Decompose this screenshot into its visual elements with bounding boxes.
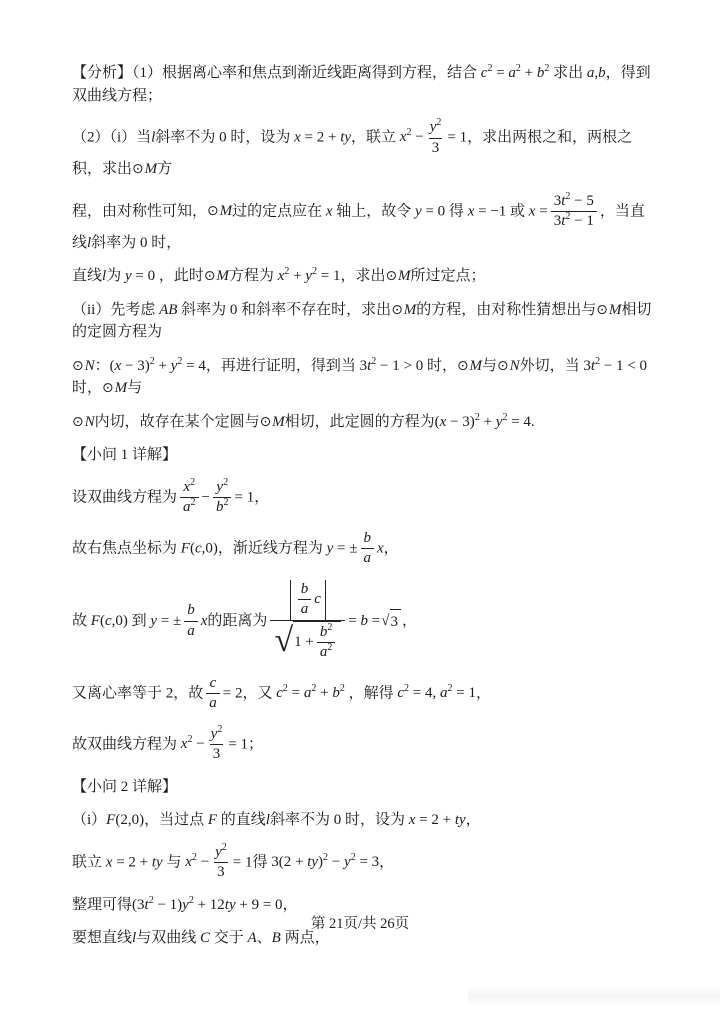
math-var: y — [327, 540, 334, 556]
text-run: 与 — [166, 854, 181, 870]
circle-symbol: ⊙M — [596, 302, 621, 318]
numerator: y2 — [213, 478, 231, 498]
math-run: a2 — [320, 643, 333, 663]
text-run: 斜率为 0 和斜率不存在时，求出 — [181, 302, 391, 318]
math-var: c — [195, 540, 202, 556]
text-run: 直线 — [72, 268, 102, 284]
math-var: ty — [340, 129, 351, 145]
circle-symbol: ⊙M — [457, 358, 482, 374]
math-run: b2 — [216, 498, 229, 518]
document-body: 【分析】（1）根据离心率和焦点到渐近线距离得到方程，结合 c2 = a2 + b… — [72, 62, 654, 961]
superscript: 2 — [223, 477, 228, 488]
text-run: （ii）先考虑 — [72, 302, 155, 318]
numerator: 3t2 − 5 — [551, 192, 597, 212]
superscript: 2 — [595, 356, 600, 367]
text-run: ，渐近线方程为 — [218, 540, 323, 556]
circle-symbol: ⊙M — [385, 268, 410, 284]
math-var: b — [301, 581, 309, 597]
fraction: y2b2 — [213, 478, 232, 518]
text-run: 或 — [510, 203, 525, 219]
math-run: y = ± — [147, 612, 182, 628]
superscript: 2 — [448, 683, 453, 694]
text-run: 内切，故存在某个定圆与 — [95, 414, 260, 430]
circle-symbol: ⊙M — [132, 161, 157, 177]
text-run: 所过定点； — [411, 268, 486, 284]
math-var: a — [209, 695, 217, 711]
superscript: 2 — [351, 852, 356, 863]
math-var: M — [115, 380, 128, 396]
math-run: c2 = 4, a2 = 1 — [394, 685, 476, 701]
text-run: 过的定点应在 — [232, 203, 322, 219]
text-run: 方 — [157, 161, 172, 177]
text-run: ，联立 — [351, 129, 396, 145]
math-run: a2 — [183, 498, 196, 518]
math-run: x = 2 + ty — [102, 854, 166, 870]
math-var: N — [510, 358, 520, 374]
radical-icon: √ — [381, 614, 389, 629]
document-page: { "colors": { "text": "#1c1c1c", "backgr… — [0, 0, 720, 1018]
odot-icon: ⊙ — [102, 380, 114, 396]
math-run: 3 — [217, 863, 225, 883]
text-run: 斜率不为 0 时，设为 — [270, 812, 405, 828]
math-run: b2 — [320, 623, 333, 643]
square-root: √1 +b2a2 — [274, 621, 341, 663]
text-run: 联立 — [72, 854, 102, 870]
odot-icon: ⊙ — [457, 358, 469, 374]
math-run: a — [364, 549, 372, 569]
superscript: 2 — [544, 63, 549, 74]
math-var: F — [181, 540, 190, 556]
math-run: x = −1 — [464, 203, 510, 219]
scan-artifact — [468, 988, 720, 1004]
math-run: c — [314, 590, 321, 610]
math-var: b — [332, 685, 340, 701]
superscript: 2 — [150, 356, 155, 367]
text-run: 得 — [252, 854, 267, 870]
text-run: . — [531, 414, 535, 430]
math-var: x — [529, 203, 536, 219]
fraction: ba — [298, 580, 312, 620]
text-run: 整理可得 — [72, 897, 132, 913]
text-run: ； — [248, 736, 263, 752]
math-var: ty — [307, 854, 318, 870]
math-run: 3t2 − 1 < 0 — [580, 358, 651, 374]
math-var: x — [468, 203, 475, 219]
superscript: 2 — [475, 412, 480, 423]
math-run: − — [202, 489, 210, 505]
math-run: y = 0 — [121, 268, 159, 284]
math-run: y2 — [216, 478, 228, 498]
math-var: a — [364, 550, 372, 566]
math-var: x — [106, 854, 113, 870]
numerator: y2 — [208, 725, 226, 745]
text-run: 又离心率等于 2，故 — [72, 685, 203, 701]
fraction: ca — [206, 674, 220, 714]
paragraph: 【小问 1 详解】 — [72, 444, 654, 467]
math-run: x2 − — [181, 854, 209, 870]
paragraph: （ii）先考虑 AB 斜率为 0 和斜率不存在时，求出⊙M的方程，由对称性猜想出… — [72, 299, 654, 344]
circle-symbol: ⊙N — [72, 414, 95, 430]
math-var: M — [404, 302, 417, 318]
paragraph: 【小问 2 详解】 — [72, 776, 654, 799]
math-var: ty — [225, 897, 236, 913]
text-run: 时， — [427, 358, 457, 374]
text-run: ，又 — [242, 685, 272, 701]
denominator: b2 — [213, 497, 232, 518]
fraction: y23 — [212, 843, 230, 883]
math-run: a,b — [583, 65, 606, 81]
math-var: M — [216, 268, 229, 284]
odot-icon: ⊙ — [72, 358, 84, 374]
denominator: 3 — [214, 862, 228, 883]
odot-icon: ⊙ — [385, 268, 397, 284]
math-var: a — [587, 65, 595, 81]
math-var: a — [183, 499, 191, 515]
text-run: ， — [379, 854, 394, 870]
fraction: ba — [184, 601, 198, 641]
circle-symbol: ⊙N — [72, 358, 95, 374]
radicand: 1 +b2a2 — [293, 621, 341, 663]
fraction: 3t2 − 53t2 − 1 — [551, 192, 597, 232]
denominator: 3t2 − 1 — [551, 211, 597, 232]
math-var: x — [115, 358, 122, 374]
math-var: x — [440, 414, 447, 430]
math-run: x2 — [183, 478, 195, 498]
math-var: M — [609, 302, 622, 318]
numerator: b2 — [317, 623, 336, 643]
odot-icon: ⊙ — [132, 161, 144, 177]
text-run: 【小问 1 详解】 — [72, 447, 177, 463]
text-run: 相切，此定圆的方程为 — [285, 414, 435, 430]
radical-icon: √ — [274, 624, 293, 658]
math-var: y — [305, 268, 312, 284]
math-run: F(c,0) — [87, 612, 132, 628]
paragraph: 故 F(c,0) 到 y = ±bax的距离为bac√1 +b2a2= b =√… — [72, 580, 654, 663]
superscript: 2 — [222, 842, 227, 853]
denominator: a — [361, 548, 375, 569]
math-var: b — [598, 65, 606, 81]
math-run: (x − 3)2 + y2 = 4 — [110, 358, 206, 374]
superscript: 2 — [340, 683, 345, 694]
math-var: M — [398, 268, 411, 284]
math-var: x — [326, 203, 333, 219]
odot-icon: ⊙ — [204, 268, 216, 284]
circle-symbol: ⊙M — [260, 414, 285, 430]
superscript: 2 — [327, 642, 332, 653]
math-run: x = — [525, 203, 548, 219]
math-var: a — [187, 623, 195, 639]
math-run: y2 — [430, 118, 442, 138]
math-run: x2 − — [177, 736, 205, 752]
text-run: 到 — [132, 612, 147, 628]
denominator: a2 — [317, 642, 336, 663]
superscript: 2 — [487, 63, 492, 74]
math-var: x — [294, 129, 301, 145]
math-var: c — [105, 612, 112, 628]
math-run: a — [301, 600, 309, 620]
math-var: b — [361, 612, 369, 628]
math-var: b — [364, 530, 372, 546]
math-var: y — [344, 854, 351, 870]
paragraph: 故右焦点坐标为 F(c,0)，渐近线方程为 y = ±bax， — [72, 529, 654, 569]
math-run: = 1 — [447, 129, 467, 145]
text-run: 设双曲线方程为 — [72, 489, 177, 505]
superscript: 2 — [404, 683, 409, 694]
circle-symbol: ⊙M — [204, 268, 229, 284]
denominator: 3 — [210, 744, 224, 765]
page-number: 第 21页/共 26页 — [311, 916, 409, 932]
denominator: 3 — [429, 138, 443, 159]
superscript: 2 — [323, 852, 328, 863]
text-run: 与 — [127, 380, 142, 396]
numerator: y2 — [212, 843, 230, 863]
math-run: a — [187, 622, 195, 642]
circle-symbol: ⊙M — [102, 380, 127, 396]
math-run: F(2,0) — [106, 812, 144, 828]
odot-icon: ⊙ — [207, 203, 219, 219]
superscript: 2 — [223, 497, 228, 508]
odot-icon: ⊙ — [260, 414, 272, 430]
math-run: y2 — [211, 725, 223, 745]
text-run: 斜率为 0 时， — [91, 235, 181, 251]
text-run: 轴上，故令 — [336, 203, 411, 219]
math-var: a — [301, 601, 309, 617]
superscript: 2 — [311, 683, 316, 694]
text-run: 程，由对称性可知， — [72, 203, 207, 219]
math-run: F — [204, 812, 221, 828]
abs-content: bac — [295, 580, 321, 620]
math-run: = 1 — [233, 854, 253, 870]
math-run: (3t2 − 1)y2 + 12ty + 9 = 0 — [132, 897, 283, 913]
denominator: a — [206, 693, 220, 714]
math-run: b — [301, 580, 309, 600]
math-var: x — [409, 812, 416, 828]
math-run: y2 — [215, 843, 227, 863]
text-run: 斜率不为 0 时，设为 — [155, 129, 290, 145]
text-run: ， — [402, 612, 417, 628]
math-run: c — [210, 674, 217, 694]
math-run: = 2 — [223, 685, 243, 701]
text-run: 【小问 2 详解】 — [72, 779, 177, 795]
fraction: y23 — [427, 118, 445, 158]
denominator: √1 +b2a2 — [270, 620, 345, 663]
math-var: c — [210, 675, 217, 691]
math-var: AB — [159, 302, 177, 318]
math-var: y — [125, 268, 132, 284]
superscript: 2 — [189, 895, 194, 906]
paragraph: 整理可得(3t2 − 1)y2 + 12ty + 9 = 0， — [72, 894, 654, 917]
math-run: x2 + y2 = 1 — [274, 268, 341, 284]
fraction: y23 — [208, 725, 226, 765]
math-run: AB — [155, 302, 181, 318]
math-run: 1 + — [294, 633, 314, 653]
text-run: 故双曲线方程为 — [72, 736, 177, 752]
math-run: 3 — [391, 611, 399, 634]
text-run: ，求出 — [340, 268, 385, 284]
superscript: 2 — [502, 412, 507, 423]
page-footer: 第 21页/共 26页 — [0, 914, 720, 936]
math-run: b — [364, 529, 372, 549]
paragraph: 程，由对称性可知，⊙M过的定点应在 x 轴上，故令 y = 0 得 x = −1… — [72, 192, 654, 255]
math-run: 3 — [432, 139, 440, 159]
text-run: 的直线 — [221, 812, 266, 828]
math-run: 3t2 − 5 — [554, 192, 594, 212]
denominator: a — [184, 621, 198, 642]
paragraph: 设双曲线方程为x2a2−y2b2= 1， — [72, 478, 654, 518]
text-run: ， — [384, 540, 399, 556]
text-run: ，此时 — [159, 268, 204, 284]
text-run: 的距离为 — [207, 612, 267, 628]
math-run: x = 2 + ty — [405, 812, 466, 828]
math-var: y — [150, 612, 157, 628]
superscript: 2 — [436, 117, 441, 128]
text-run: ， — [476, 685, 491, 701]
text-run: 为 — [106, 268, 121, 284]
numerator: x2 — [180, 478, 198, 498]
superscript: 2 — [371, 356, 376, 367]
math-var: ty — [152, 854, 163, 870]
numerator: y2 — [427, 118, 445, 138]
text-run: ，当过点 — [144, 812, 204, 828]
text-run: ， — [466, 812, 481, 828]
superscript: 2 — [149, 895, 154, 906]
superscript: 2 — [177, 356, 182, 367]
math-var: b — [187, 602, 195, 618]
math-run: y = 0 — [411, 203, 449, 219]
math-var: M — [470, 358, 483, 374]
fraction: bac√1 +b2a2 — [270, 580, 345, 663]
text-run: ： — [95, 358, 110, 374]
fraction: x2a2 — [180, 478, 199, 518]
text-run: 故 — [72, 612, 87, 628]
math-run: x — [377, 540, 384, 556]
math-run: (x − 3)2 + y2 = 4 — [435, 414, 531, 430]
text-run: （2）（i）当 — [72, 129, 151, 145]
math-var: c — [276, 685, 283, 701]
superscript: 2 — [284, 266, 289, 277]
math-run: 3t2 − 1 > 0 — [356, 358, 427, 374]
math-var: y — [415, 203, 422, 219]
math-run: b — [187, 601, 195, 621]
fraction: b2a2 — [317, 623, 336, 663]
radicand: 3 — [390, 609, 402, 634]
paragraph: 【分析】（1）根据离心率和焦点到渐近线距离得到方程，结合 c2 = a2 + b… — [72, 62, 654, 107]
text-run: 得 — [449, 203, 464, 219]
numerator: b — [298, 580, 312, 600]
superscript: 2 — [406, 127, 411, 138]
paragraph: 直线l为 y = 0 ，此时⊙M方程为 x2 + y2 = 1，求出⊙M所过定点… — [72, 265, 654, 288]
text-run: 故右焦点坐标为 — [72, 540, 177, 556]
denominator: a — [298, 599, 312, 620]
math-run: x2 − — [396, 129, 424, 145]
text-run: ，解得 — [349, 685, 394, 701]
odot-icon: ⊙ — [497, 358, 509, 374]
paragraph: （i）F(2,0)，当过点 F 的直线l斜率不为 0 时，设为 x = 2 + … — [72, 809, 654, 832]
math-run: 3 — [213, 745, 221, 765]
paragraph: 故双曲线方程为 x2 −y23= 1； — [72, 725, 654, 765]
text-run: ，再进行证明，得到当 — [206, 358, 356, 374]
superscript: 2 — [565, 191, 570, 202]
math-run: 3(2 + ty)2 − y2 = 3 — [268, 854, 380, 870]
absolute-value: bac — [290, 580, 326, 620]
numerator: bac — [285, 580, 331, 620]
text-run: 时， — [72, 380, 102, 396]
math-run: c2 = a2 + b2 — [477, 65, 553, 81]
odot-icon: ⊙ — [391, 302, 403, 318]
math-var: N — [85, 414, 95, 430]
superscript: 2 — [565, 211, 570, 222]
circle-symbol: ⊙N — [497, 358, 520, 374]
math-var: a — [508, 65, 516, 81]
math-var: a — [440, 685, 448, 701]
math-var: F — [106, 812, 115, 828]
math-var: x — [185, 854, 192, 870]
math-var: M — [272, 414, 285, 430]
odot-icon: ⊙ — [596, 302, 608, 318]
math-run: 3t2 − 1 — [554, 212, 594, 232]
math-run: = 1 — [228, 736, 248, 752]
math-run: a — [209, 694, 217, 714]
math-var: c — [314, 591, 321, 607]
math-var: F — [208, 812, 217, 828]
numerator: b — [184, 601, 198, 621]
math-run: = 1 — [234, 489, 254, 505]
text-run: 外切，当 — [520, 358, 580, 374]
math-var: ty — [455, 812, 466, 828]
text-run: 与 — [482, 358, 497, 374]
math-run: F(c,0) — [177, 540, 218, 556]
paragraph: （2）（i）当l斜率不为 0 时，设为 x = 2 + ty，联立 x2 −y2… — [72, 118, 654, 181]
numerator: c — [207, 674, 220, 694]
fraction: ba — [361, 529, 375, 569]
text-run: （i） — [72, 812, 106, 828]
superscript: 2 — [191, 497, 196, 508]
superscript: 2 — [190, 477, 195, 488]
math-run: c2 = a2 + b2 — [273, 685, 349, 701]
square-root: √3 — [381, 609, 401, 634]
math-run: x — [322, 203, 336, 219]
text-run: 方程为 — [229, 268, 274, 284]
paragraph: 又离心率等于 2，故ca= 2，又 c2 = a2 + b2 ，解得 c2 = … — [72, 674, 654, 714]
superscript: 2 — [283, 683, 288, 694]
math-var: M — [220, 203, 233, 219]
text-run: 的方程，由对称性猜想出与 — [416, 302, 596, 318]
text-run: 求出 — [553, 65, 583, 81]
superscript: 2 — [217, 724, 222, 735]
math-run: = b = — [348, 612, 380, 628]
math-var: x — [377, 540, 384, 556]
circle-symbol: ⊙M — [391, 302, 416, 318]
superscript: 2 — [327, 622, 332, 633]
superscript: 2 — [312, 266, 317, 277]
math-run: y = ± — [323, 540, 358, 556]
numerator: b — [361, 529, 375, 549]
superscript: 2 — [192, 852, 197, 863]
math-var: N — [85, 358, 95, 374]
circle-symbol: ⊙M — [207, 203, 232, 219]
text-run: 【分析】（1）根据离心率和焦点到渐近线距离得到方程，结合 — [72, 65, 477, 81]
superscript: 2 — [187, 734, 192, 745]
paragraph: ⊙N内切，故存在某个定圆与⊙M相切，此定圆的方程为(x − 3)2 + y2 =… — [72, 411, 654, 434]
odot-icon: ⊙ — [72, 414, 84, 430]
math-var: M — [145, 161, 158, 177]
math-run: x = 2 + ty — [290, 129, 351, 145]
math-var: y — [215, 844, 222, 860]
math-var: F — [91, 612, 100, 628]
paragraph: 联立 x = 2 + ty 与 x2 −y23= 1得 3(2 + ty)2 −… — [72, 843, 654, 883]
text-run: ， — [254, 489, 269, 505]
superscript: 2 — [516, 63, 521, 74]
